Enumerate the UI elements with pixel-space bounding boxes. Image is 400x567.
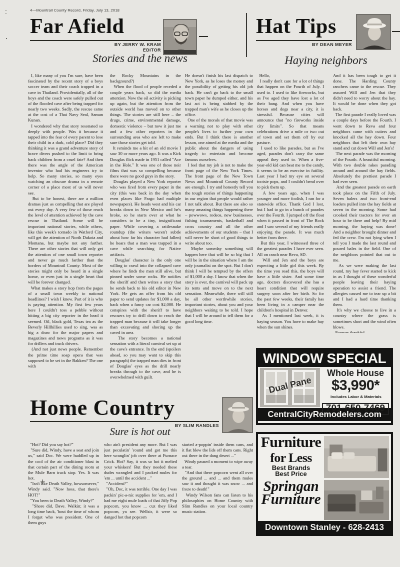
home-country-headline: Home Country bbox=[30, 397, 175, 419]
jerry-kram-headshot-photo bbox=[163, 19, 197, 55]
best-price-label: Best Price bbox=[260, 472, 322, 479]
home-country-column-2: who ain't president any more. But I was … bbox=[104, 442, 177, 537]
far-afield-byline: BY JERRY W. KRAM EDITOR bbox=[30, 42, 161, 53]
whole-house-label: Whole House bbox=[322, 369, 389, 378]
rule bbox=[392, 31, 400, 32]
hat-tips-byline: BY DEAN MEYER bbox=[256, 42, 352, 47]
furniture-ad-photos bbox=[324, 436, 389, 520]
window-ad-header: WINDOW SPECIAL bbox=[258, 350, 391, 367]
springan-furniture-ad: Furniture for Less Best Brands Best Pric… bbox=[256, 432, 393, 536]
living-room-photo-art bbox=[324, 480, 389, 520]
hat-tips-column-2: And it has been tough to get it done. Th… bbox=[333, 73, 396, 333]
rule bbox=[199, 36, 208, 37]
far-afield-column-1: I, like many of you I'm sure, have been … bbox=[28, 73, 103, 395]
scan-margin-mark: : bbox=[5, 9, 7, 16]
furniture-ad-text: Furniture for Less Best Brands Best Pric… bbox=[260, 436, 322, 520]
section-divider bbox=[246, 13, 247, 57]
hat-tips-column-1: Hello, I really don't care for a lot of … bbox=[257, 73, 324, 333]
far-afield-article-title: Stories and the news bbox=[28, 53, 252, 65]
furniture-for-less-line1: Furniture bbox=[260, 436, 322, 451]
rule bbox=[256, 40, 352, 41]
furniture-ad-body: Furniture for Less Best Brands Best Pric… bbox=[258, 434, 391, 520]
window-ad-offer: Whole House $3,990* Includes Labor & Mat… bbox=[322, 368, 389, 407]
rule bbox=[30, 421, 219, 422]
furniture-for-less-line2: for Less bbox=[260, 451, 322, 464]
home-country-column-1: "Hot? Did you say hot?" "Sure did, Windy… bbox=[28, 442, 99, 537]
rule bbox=[30, 40, 161, 41]
price-label: $3,990* bbox=[322, 379, 389, 394]
window-special-ad: WINDOW SPECIAL Dual Pane Whole House bbox=[256, 348, 393, 425]
window-ad-body: Dual Pane Whole House $3,990* Includes L… bbox=[258, 367, 391, 408]
furniture-ad-footer-address: Downtown Stanley - 628-2413 bbox=[258, 521, 391, 534]
dual-pane-window-photo: Dual Pane bbox=[260, 368, 320, 407]
far-afield-column-3: He doesn't finish his last dispatch to N… bbox=[185, 73, 253, 395]
hat-tips-headline: Hat Tips bbox=[256, 16, 336, 37]
includes-label: Includes Labor & Materials bbox=[322, 395, 389, 399]
folio-line: 4—Mountrail County Record, Friday, July … bbox=[30, 8, 210, 13]
home-country-article-title: Sure is hot out bbox=[28, 427, 252, 438]
newspaper-page: : · + 4—Mountrail County Record, Friday,… bbox=[0, 0, 400, 567]
dean-meyer-headshot-photo bbox=[356, 14, 391, 50]
far-afield-column-2: the Rocky Mountains in the background?) … bbox=[110, 73, 181, 395]
hat-tips-article-title: Haying neighbors bbox=[256, 55, 396, 67]
home-country-column-3: started a-poppin' inside them cans, and … bbox=[182, 442, 253, 537]
man-with-cowboy-hat-photo-art bbox=[357, 15, 391, 50]
far-afield-headline: Far Afield bbox=[30, 16, 124, 37]
springan-brand-line2: Furniture bbox=[260, 493, 322, 508]
window-ad-footer-url: CentralCityRemodelers.com bbox=[258, 408, 391, 421]
scan-margin-mark: · bbox=[5, 33, 8, 43]
bedroom-photo-art bbox=[324, 436, 389, 478]
